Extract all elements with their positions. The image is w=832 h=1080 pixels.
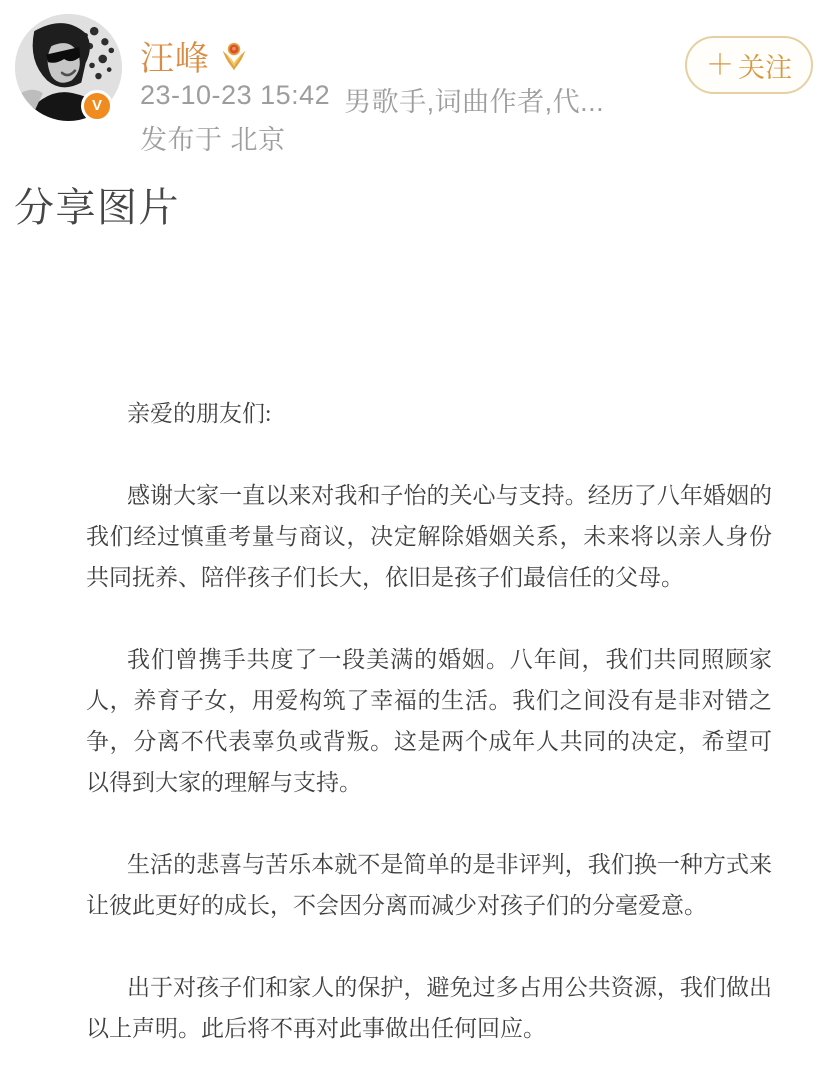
letter-image[interactable]: 亲爱的朋友们: 感谢大家一直以来对我和子怡的关心与支持。经历了八年婚姻的我们经过… [0, 240, 832, 1080]
letter-text: 亲爱的朋友们: 感谢大家一直以来对我和子怡的关心与支持。经历了八年婚姻的我们经过… [86, 393, 772, 1049]
plus-icon: ＋ [706, 51, 734, 79]
letter-paragraph: 出于对孩子们和家人的保护，避免过多占用公共资源，我们做出以上声明。此后将不再对此… [86, 967, 772, 1049]
user-description: 男歌手,词曲作者,代... [344, 80, 604, 119]
letter-paragraph: 我们曾携手共度了一段美满的婚姻。八年间，我们共同照顾家人，养育子女，用爱构筑了幸… [86, 639, 772, 803]
username[interactable]: 汪峰 [140, 31, 210, 80]
post-text: 分享图片 [14, 176, 180, 233]
gold-v-badge-icon [219, 42, 249, 72]
letter-salutation: 亲爱的朋友们: [86, 393, 772, 434]
letter-paragraph: 感谢大家一直以来对我和子怡的关心与支持。经历了八年婚姻的我们经过慎重考量与商议，… [86, 475, 772, 598]
follow-button-label: 关注 [738, 46, 792, 85]
verified-badge-icon: V [81, 90, 113, 122]
follow-button[interactable]: ＋ 关注 [685, 36, 813, 94]
letter-paragraph: 生活的悲喜与苦乐本就不是简单的是非评判，我们换一种方式来让彼此更好的成长，不会因… [86, 844, 772, 926]
avatar[interactable]: V [15, 14, 122, 121]
post-location: 发布于 北京 [140, 118, 286, 157]
post-timestamp: 23-10-23 15:42 [140, 80, 330, 119]
